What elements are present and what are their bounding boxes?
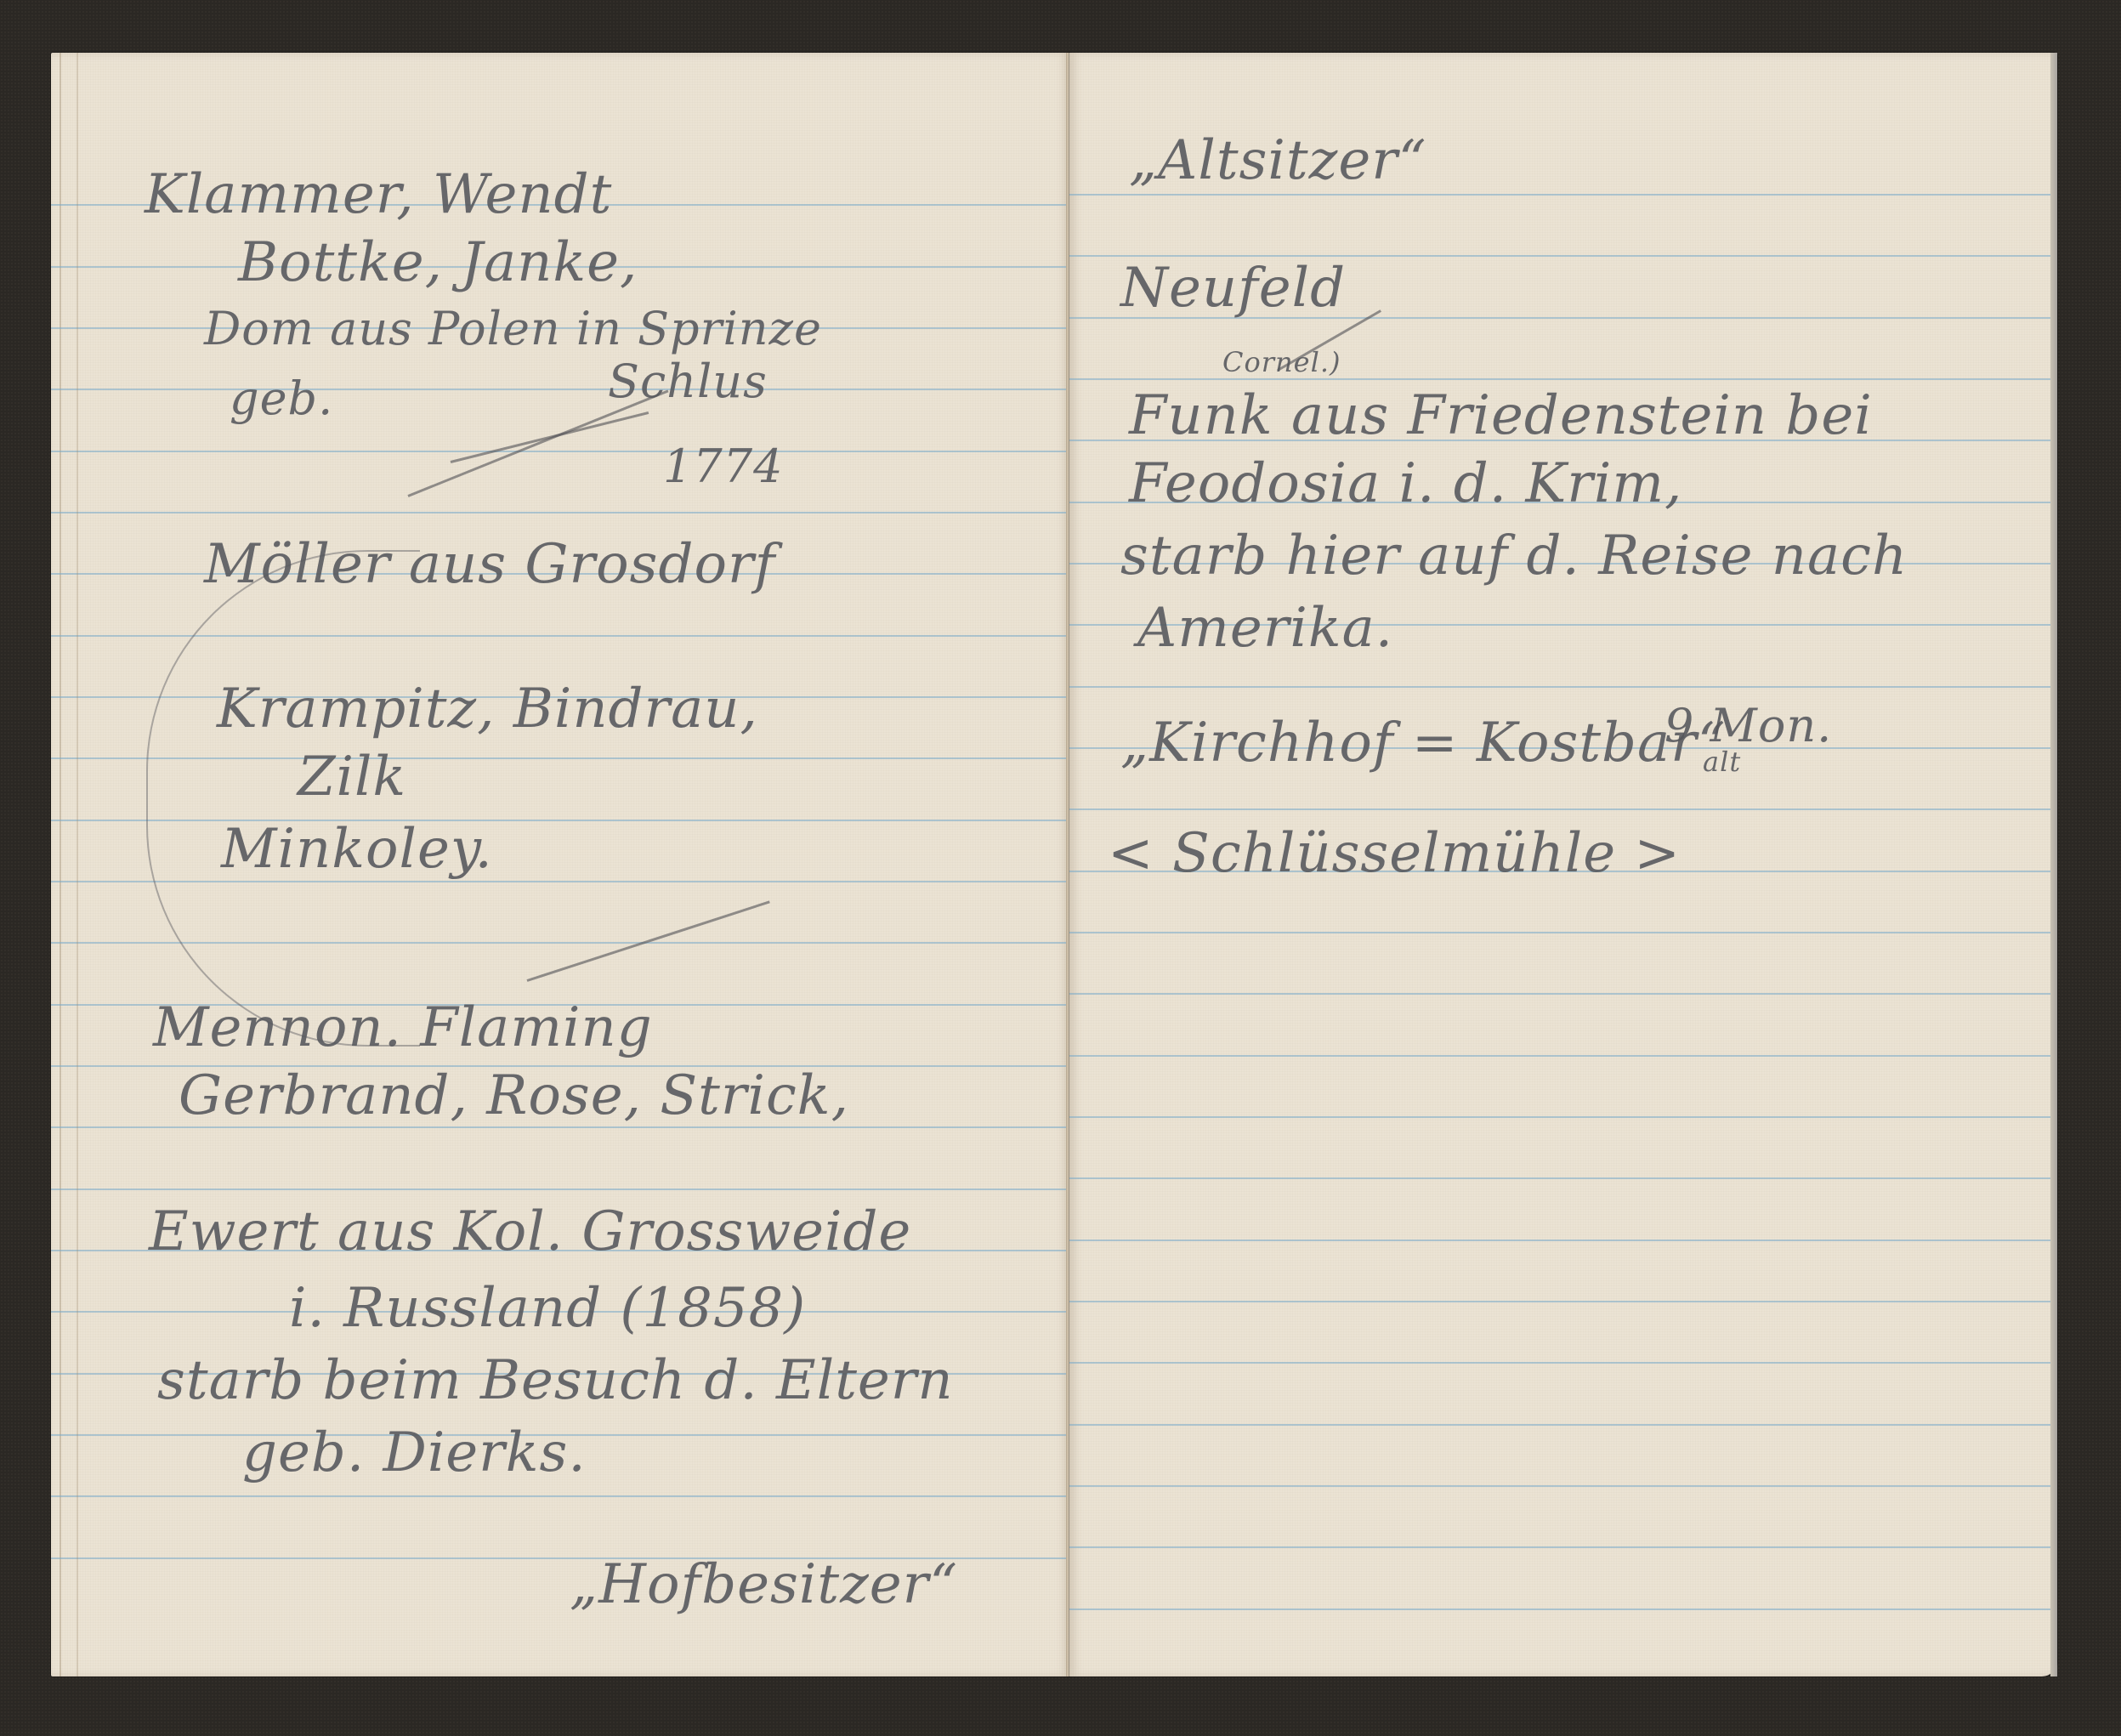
handwritten-line: Amerika.	[1137, 597, 1393, 660]
handwritten-line: Funk aus Friedenstein bei	[1129, 384, 1873, 447]
rule-line	[51, 512, 1069, 513]
right-page: „Altsitzer“ Neufeld Cornel.) Funk aus Fr…	[1069, 53, 2057, 1676]
handwritten-line: Möller aus Grosdorf	[204, 533, 775, 596]
rule-line	[1069, 1177, 2057, 1179]
handwritten-line: Ewert aus Kol. Grossweide	[149, 1200, 911, 1263]
handwritten-line: Bottke, Janke,	[238, 231, 638, 294]
rule-line	[1069, 1608, 2057, 1610]
handwritten-line: „Hofbesitzer“	[570, 1553, 958, 1616]
handwritten-line: Minkoley.	[221, 818, 493, 881]
handwritten-line: Krampitz, Bindrau,	[217, 678, 758, 740]
rule-line	[51, 1495, 1069, 1497]
handwritten-line: alt	[1703, 746, 1741, 778]
rule-line	[1069, 1424, 2057, 1426]
rule-line	[1069, 1362, 2057, 1364]
handwritten-line: 1774	[663, 440, 783, 493]
handwritten-line: Zilk	[298, 746, 406, 808]
rule-line	[1069, 686, 2057, 688]
handwritten-line: Cornel.)	[1222, 346, 1341, 378]
rule-line	[51, 389, 1069, 390]
handwritten-line: starb beim Besuch d. Eltern	[157, 1349, 954, 1412]
handwritten-line: Gerbrand, Rose, Strick,	[179, 1064, 849, 1127]
handwritten-line: Mennon. Flaming	[153, 996, 653, 1059]
rule-line	[51, 1189, 1069, 1190]
handwritten-line: 9 Mon.	[1664, 699, 1832, 752]
handwritten-line: „Kirchhof = Kostbar“	[1120, 712, 1726, 774]
rule-line	[1069, 932, 2057, 933]
rule-line	[1069, 378, 2057, 380]
rule-line	[1069, 1240, 2057, 1241]
rule-line	[1069, 808, 2057, 810]
rule-line	[1069, 1301, 2057, 1302]
handwritten-line: geb. Dierks.	[242, 1421, 587, 1484]
handwritten-line: starb hier auf d. Reise nach	[1120, 525, 1908, 587]
handwritten-line: Neufeld	[1120, 257, 1346, 320]
rule-line	[1069, 1116, 2057, 1118]
handwritten-line: < Schlüsselmühle >	[1108, 822, 1681, 885]
handwritten-line: „Altsitzer“	[1129, 129, 1427, 192]
rule-line	[1069, 993, 2057, 995]
rule-line	[1069, 1055, 2057, 1057]
handwritten-line: Klammer, Wendt	[145, 163, 612, 226]
rule-line	[1069, 1546, 2057, 1548]
rule-line	[1069, 194, 2057, 196]
handwritten-line: Dom aus Polen in Sprinze	[204, 302, 822, 355]
rule-line	[51, 451, 1069, 452]
left-page: Klammer, Wendt Bottke, Janke, Dom aus Po…	[51, 53, 1069, 1676]
rule-line	[1069, 1485, 2057, 1487]
handwritten-line: geb.	[230, 372, 333, 425]
handwritten-line: i. Russland (1858)	[289, 1277, 806, 1340]
handwritten-line: Feodosia i. d. Krim,	[1129, 452, 1682, 515]
handwritten-line: Schlus	[608, 355, 768, 408]
